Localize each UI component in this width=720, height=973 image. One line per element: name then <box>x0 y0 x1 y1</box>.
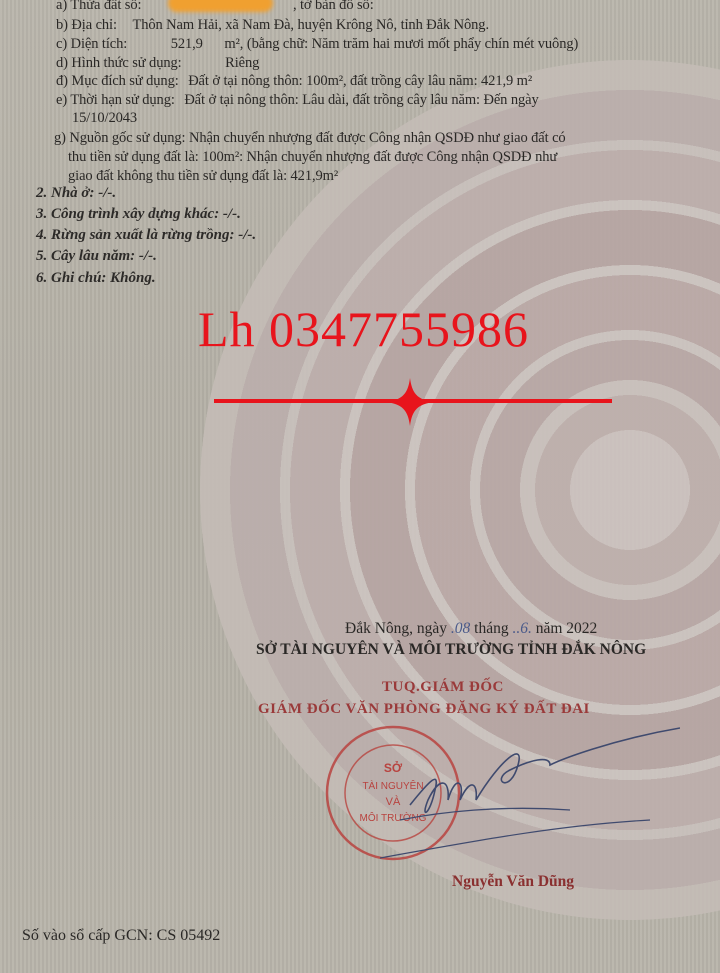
handwritten-signature <box>360 720 680 860</box>
four-point-star-icon <box>386 378 434 426</box>
issue-day: .08 <box>451 620 470 637</box>
area-row: c) Diện tích: 521,9 m², (bằng chữ: Năm t… <box>56 36 578 53</box>
issue-year: năm 2022 <box>536 620 598 637</box>
signer-title-office: GIÁM ĐỐC VĂN PHÒNG ĐĂNG KÝ ĐẤT ĐAI <box>258 701 590 718</box>
origin-line-3: giao đất không thu tiền sử dụng đất là: … <box>68 168 338 185</box>
usage-term-date: 15/10/2043 <box>72 110 137 127</box>
redaction-mark <box>168 0 273 12</box>
area-value: 521,9 <box>171 36 203 52</box>
issue-month: ..6. <box>512 620 531 637</box>
item-other-construction: 3. Công trình xây dựng khác: -/-. <box>36 206 241 223</box>
usage-term-value: Đất ở tại nông thôn: Lâu dài, đất trồng … <box>184 92 538 108</box>
address-row: b) Địa chỉ: Thôn Nam Hải, xã Nam Đà, huy… <box>56 17 489 34</box>
area-label: c) Diện tích: <box>56 36 127 52</box>
usage-purpose-label: đ) Mục đích sử dụng: <box>56 73 179 89</box>
usage-term-row: e) Thời hạn sử dụng: Đất ở tại nông thôn… <box>56 92 539 109</box>
usage-form-row: d) Hình thức sử dụng: Riêng <box>56 55 259 72</box>
map-sheet-label: , tờ bản đồ số: <box>293 0 374 13</box>
address-label: b) Địa chỉ: <box>56 17 117 33</box>
certificate-registry-number: Số vào sổ cấp GCN: CS 05492 <box>22 927 220 945</box>
item-production-forest: 4. Rừng sản xuất là rừng trồng: -/-. <box>36 227 256 244</box>
contact-phone-overlay: Lh 0347755986 <box>198 300 529 358</box>
item-house: 2. Nhà ở: -/-. <box>36 185 116 202</box>
usage-purpose-value: Đất ở tại nông thôn: 100m², đất trồng câ… <box>188 73 532 89</box>
signer-title-authorized: TUQ.GIÁM ĐỐC <box>382 679 504 696</box>
origin-line-1: g) Nguồn gốc sử dụng: Nhận chuyển nhượng… <box>54 130 566 147</box>
issue-date: Đắk Nông, ngày .08 tháng ..6. năm 2022 <box>345 620 597 638</box>
issuing-organization: SỞ TÀI NGUYÊN VÀ MÔI TRƯỜNG TỈNH ĐẮK NÔN… <box>256 641 646 659</box>
origin-line-2: thu tiền sử dụng đất là: 100m²: Nhận chu… <box>68 149 557 166</box>
item-perennial-trees: 5. Cây lâu năm: -/-. <box>36 248 157 265</box>
usage-form-value: Riêng <box>225 55 259 71</box>
address-value: Thôn Nam Hải, xã Nam Đà, huyện Krông Nô,… <box>132 17 489 33</box>
month-label: tháng <box>474 620 508 637</box>
signer-name: Nguyễn Văn Dũng <box>452 873 574 891</box>
area-in-words: m², (bằng chữ: Năm trăm hai mươi mốt phẩ… <box>224 36 578 52</box>
parcel-number-label: a) Thửa đất số: <box>56 0 141 13</box>
usage-term-label: e) Thời hạn sử dụng: <box>56 92 175 108</box>
date-prefix: Đắk Nông, ngày <box>345 620 447 637</box>
item-notes: 6. Ghi chú: Không. <box>36 270 156 287</box>
certificate-page: a) Thửa đất số: , tờ bản đồ số: b) Địa c… <box>0 0 720 973</box>
usage-purpose-row: đ) Mục đích sử dụng: Đất ở tại nông thôn… <box>56 73 532 90</box>
usage-form-label: d) Hình thức sử dụng: <box>56 55 182 71</box>
